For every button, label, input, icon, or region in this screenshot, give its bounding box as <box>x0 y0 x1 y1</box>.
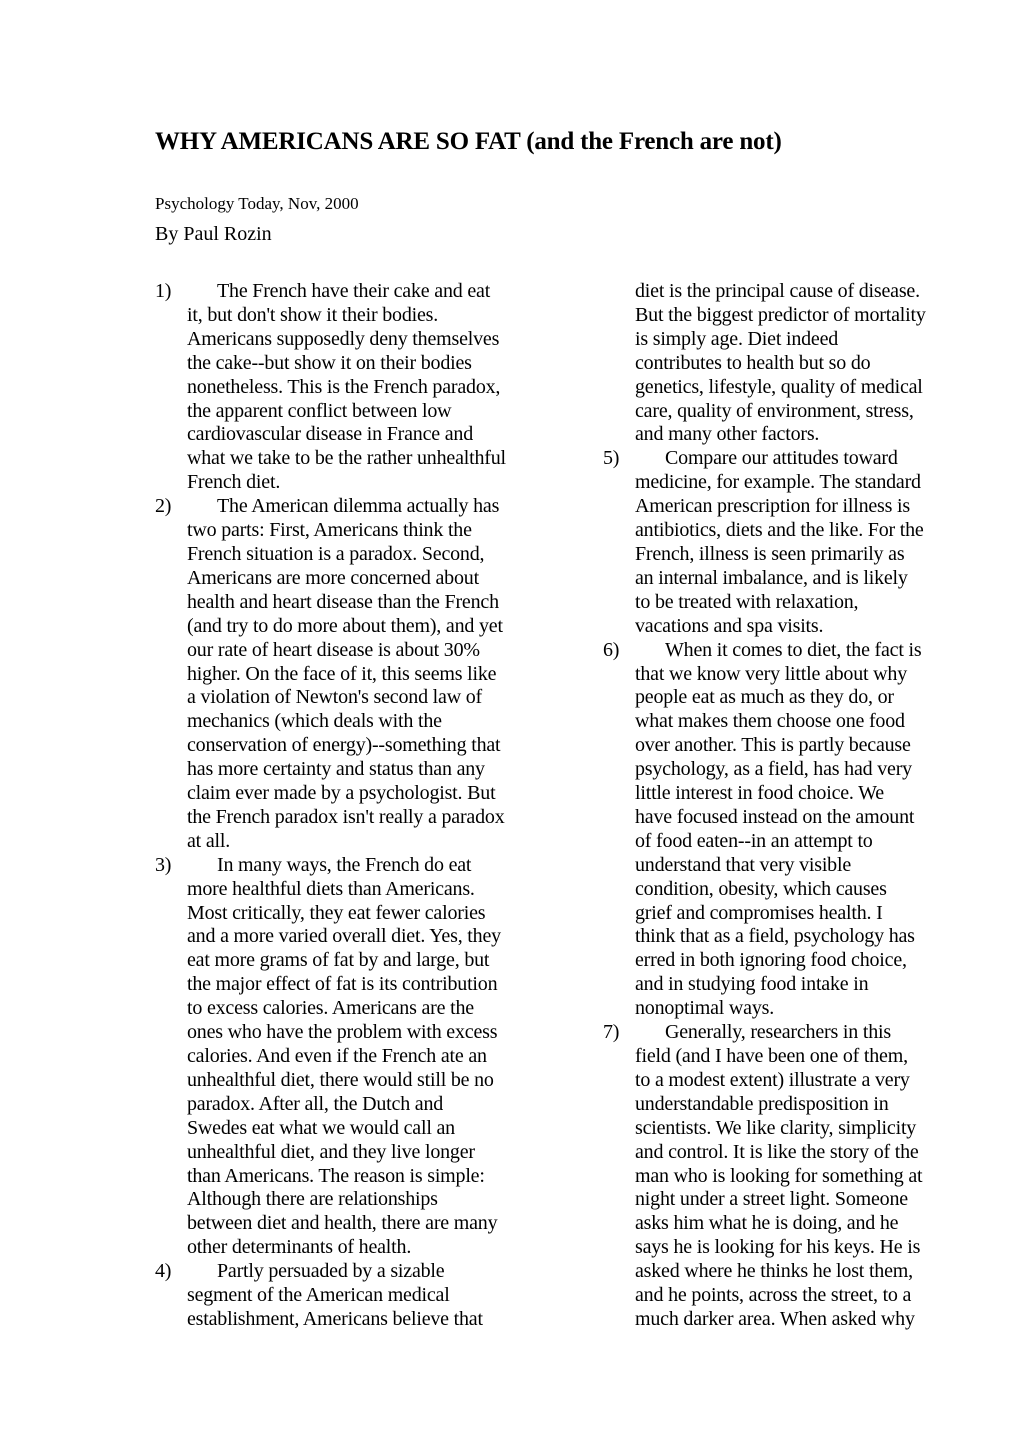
text-line: cardiovascular disease in France and <box>187 423 540 447</box>
text-line: than Americans. The reason is simple: <box>187 1165 540 1189</box>
text-line: segment of the American medical <box>187 1284 540 1308</box>
text-line: field (and I have been one of them, <box>635 1045 988 1069</box>
paragraph-number: 7) <box>603 1021 619 1045</box>
text-line: nonoptimal ways. <box>635 997 988 1021</box>
text-line: people eat as much as they do, or <box>635 686 988 710</box>
text-line: French, illness is seen primarily as <box>635 543 988 567</box>
text-line: The French have their cake and eat <box>187 280 540 304</box>
text-line: nonetheless. This is the French paradox, <box>187 376 540 400</box>
text-line: an internal imbalance, and is likely <box>635 567 988 591</box>
document-byline: By Paul Rozin <box>155 223 272 246</box>
paragraph-number: 3) <box>155 854 171 878</box>
numbered-paragraph: 7)Generally, researchers in thisfield (a… <box>603 1021 988 1332</box>
text-line: vacations and spa visits. <box>635 615 988 639</box>
text-line: care, quality of environment, stress, <box>635 400 988 424</box>
text-line: to a modest extent) illustrate a very <box>635 1069 988 1093</box>
text-line: between diet and health, there are many <box>187 1212 540 1236</box>
text-line: to be treated with relaxation, <box>635 591 988 615</box>
text-line: the major effect of fat is its contribut… <box>187 973 540 997</box>
text-line: medicine, for example. The standard <box>635 471 988 495</box>
text-line: conservation of energy)--something that <box>187 734 540 758</box>
text-line: claim ever made by a psychologist. But <box>187 782 540 806</box>
text-line: unhealthful diet, and they live longer <box>187 1141 540 1165</box>
text-line: antibiotics, diets and the like. For the <box>635 519 988 543</box>
text-line: condition, obesity, which causes <box>635 878 988 902</box>
text-line: When it comes to diet, the fact is <box>635 639 988 663</box>
text-line: and many other factors. <box>635 423 988 447</box>
text-line: and he points, across the street, to a <box>635 1284 988 1308</box>
numbered-paragraph: 3)In many ways, the French do eatmore he… <box>155 854 540 1260</box>
page-title: WHY AMERICANS ARE SO FAT (and the French… <box>155 128 782 156</box>
numbered-paragraph: 1)The French have their cake and eatit, … <box>155 280 540 495</box>
paragraph-number: 4) <box>155 1260 171 1284</box>
text-line: and a more varied overall diet. Yes, the… <box>187 925 540 949</box>
text-line: the cake--but show it on their bodies <box>187 352 540 376</box>
text-line: calories. And even if the French ate an <box>187 1045 540 1069</box>
text-line: American prescription for illness is <box>635 495 988 519</box>
text-line: think that as a field, psychology has <box>635 925 988 949</box>
text-line: our rate of heart disease is about 30% <box>187 639 540 663</box>
text-line: psychology, as a field, has had very <box>635 758 988 782</box>
column-right: diet is the principal cause of disease.B… <box>603 280 988 1332</box>
text-line: erred in both ignoring food choice, <box>635 949 988 973</box>
text-line: over another. This is partly because <box>635 734 988 758</box>
text-line: little interest in food choice. We <box>635 782 988 806</box>
text-line: it, but don't show it their bodies. <box>187 304 540 328</box>
text-line: understand that very visible <box>635 854 988 878</box>
numbered-paragraph: 4)Partly persuaded by a sizablesegment o… <box>155 1260 540 1332</box>
text-line: contributes to health but so do <box>635 352 988 376</box>
document-page: WHY AMERICANS ARE SO FAT (and the French… <box>0 0 1020 1443</box>
text-line: mechanics (which deals with the <box>187 710 540 734</box>
text-line: higher. On the face of it, this seems li… <box>187 663 540 687</box>
text-line: has more certainty and status than any <box>187 758 540 782</box>
text-line: grief and compromises health. I <box>635 902 988 926</box>
text-line: and control. It is like the story of the <box>635 1141 988 1165</box>
text-line: Swedes eat what we would call an <box>187 1117 540 1141</box>
text-line: In many ways, the French do eat <box>187 854 540 878</box>
text-line: that we know very little about why <box>635 663 988 687</box>
numbered-paragraph: 6)When it comes to diet, the fact isthat… <box>603 639 988 1022</box>
text-line: much darker area. When asked why <box>635 1308 988 1332</box>
text-line: Partly persuaded by a sizable <box>187 1260 540 1284</box>
text-line: asked where he thinks he lost them, <box>635 1260 988 1284</box>
text-line: says he is looking for his keys. He is <box>635 1236 988 1260</box>
text-line: at all. <box>187 830 540 854</box>
text-line: paradox. After all, the Dutch and <box>187 1093 540 1117</box>
text-line: more healthful diets than Americans. <box>187 878 540 902</box>
text-line: the French paradox isn't really a parado… <box>187 806 540 830</box>
text-line: asks him what he is doing, and he <box>635 1212 988 1236</box>
text-line: Americans are more concerned about <box>187 567 540 591</box>
text-line: the apparent conflict between low <box>187 400 540 424</box>
text-line: The American dilemma actually has <box>187 495 540 519</box>
text-line: scientists. We like clarity, simplicity <box>635 1117 988 1141</box>
text-line: is simply age. Diet indeed <box>635 328 988 352</box>
text-line: unhealthful diet, there would still be n… <box>187 1069 540 1093</box>
text-line: of food eaten--in an attempt to <box>635 830 988 854</box>
text-line: Americans supposedly deny themselves <box>187 328 540 352</box>
text-line: But the biggest predictor of mortality <box>635 304 988 328</box>
numbered-paragraph: 5)Compare our attitudes towardmedicine, … <box>603 447 988 638</box>
text-line: and in studying food intake in <box>635 973 988 997</box>
paragraph-number: 6) <box>603 639 619 663</box>
text-line: (and try to do more about them), and yet <box>187 615 540 639</box>
text-line: Although there are relationships <box>187 1188 540 1212</box>
text-line: Compare our attitudes toward <box>635 447 988 471</box>
text-line: establishment, Americans believe that <box>187 1308 540 1332</box>
text-line: ones who have the problem with excess <box>187 1021 540 1045</box>
paragraph-number: 5) <box>603 447 619 471</box>
text-line: what makes them choose one food <box>635 710 988 734</box>
text-line: eat more grams of fat by and large, but <box>187 949 540 973</box>
text-line: what we take to be the rather unhealthfu… <box>187 447 540 471</box>
text-line: French diet. <box>187 471 540 495</box>
text-line: man who is looking for something at <box>635 1165 988 1189</box>
text-line: Generally, researchers in this <box>635 1021 988 1045</box>
text-line: two parts: First, Americans think the <box>187 519 540 543</box>
paragraph-number: 2) <box>155 495 171 519</box>
text-line: understandable predisposition in <box>635 1093 988 1117</box>
document-source: Psychology Today, Nov, 2000 <box>155 194 359 214</box>
text-line: health and heart disease than the French <box>187 591 540 615</box>
text-line: have focused instead on the amount <box>635 806 988 830</box>
paragraph-number: 1) <box>155 280 171 304</box>
text-line: night under a street light. Someone <box>635 1188 988 1212</box>
text-line: genetics, lifestyle, quality of medical <box>635 376 988 400</box>
text-line: Most critically, they eat fewer calories <box>187 902 540 926</box>
numbered-paragraph: 2)The American dilemma actually hastwo p… <box>155 495 540 854</box>
text-line: diet is the principal cause of disease. <box>635 280 988 304</box>
text-line: a violation of Newton's second law of <box>187 686 540 710</box>
text-line: to excess calories. Americans are the <box>187 997 540 1021</box>
text-line: other determinants of health. <box>187 1236 540 1260</box>
continuation-paragraph: diet is the principal cause of disease.B… <box>603 280 988 447</box>
text-line: French situation is a paradox. Second, <box>187 543 540 567</box>
column-left: 1)The French have their cake and eatit, … <box>155 280 540 1332</box>
